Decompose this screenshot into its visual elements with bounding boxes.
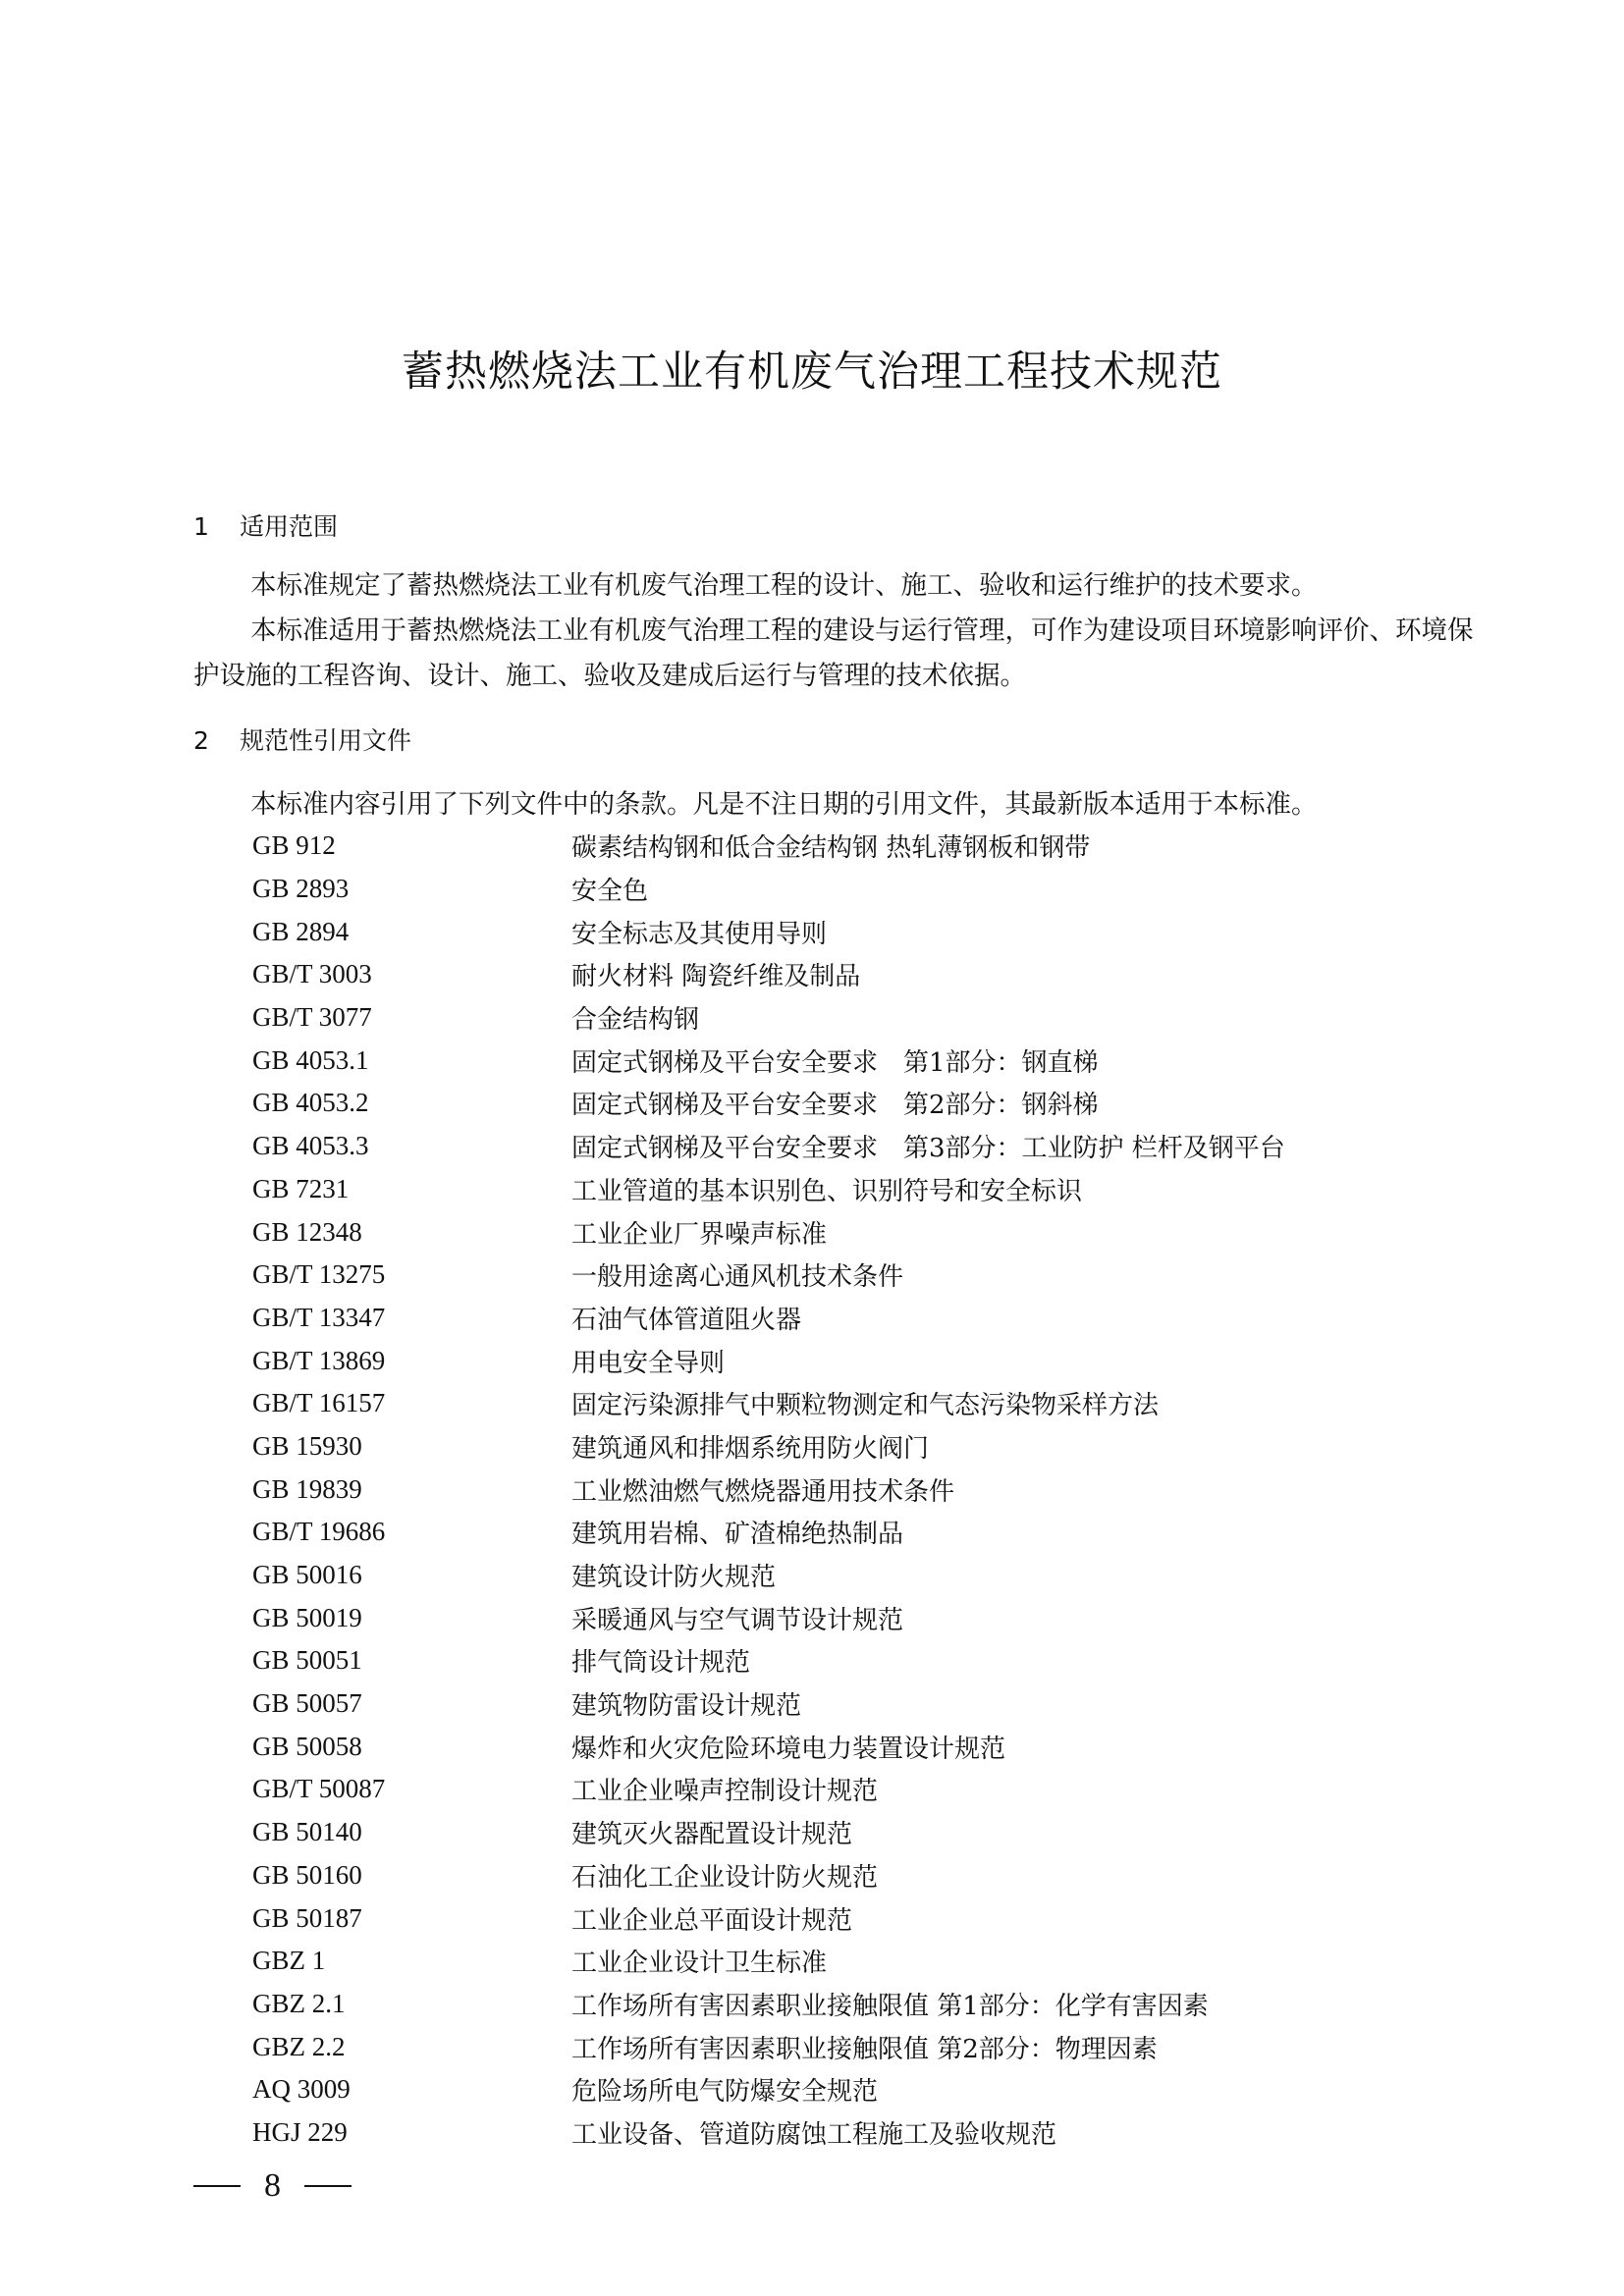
reference-row: GB/T 13347石油气体管道阻火器	[252, 1297, 1480, 1340]
reference-title: 耐火材料 陶瓷纤维及制品	[571, 956, 860, 992]
reference-row: GB/T 13869用电安全导则	[252, 1339, 1480, 1382]
reference-title: 采暖通风与空气调节设计规范	[571, 1600, 903, 1636]
reference-code: GB 2894	[252, 917, 571, 947]
page-footer: 8	[193, 2167, 352, 2205]
reference-row: GB 50058爆炸和火灾危险环境电力装置设计规范	[252, 1725, 1480, 1768]
reference-row: GBZ 2.2工作场所有害因素职业接触限值 第2部分：物理因素	[252, 2025, 1480, 2068]
section-title: 规范性引用文件	[240, 726, 411, 755]
reference-code: GBZ 2.2	[252, 2032, 571, 2062]
reference-code: GB 50016	[252, 1560, 571, 1590]
reference-row: GB 19839工业燃油燃气燃烧器通用技术条件	[252, 1468, 1480, 1511]
reference-title: 爆炸和火灾危险环境电力装置设计规范	[571, 1729, 1005, 1765]
reference-title: 排气筒设计规范	[571, 1642, 750, 1679]
reference-code: GB 15930	[252, 1431, 571, 1462]
reference-code: GB 50058	[252, 1732, 571, 1762]
reference-code: GB 4053.1	[252, 1045, 571, 1076]
reference-title: 工业企业噪声控制设计规范	[571, 1771, 878, 1807]
reference-code: GB/T 19686	[252, 1517, 571, 1547]
reference-row: GB 50140建筑灭火器配置设计规范	[252, 1811, 1480, 1854]
reference-code: GB 2893	[252, 874, 571, 904]
reference-title: 建筑用岩棉、矿渣棉绝热制品	[571, 1514, 903, 1550]
reference-code: GB/T 50087	[252, 1774, 571, 1804]
reference-code: GB 50019	[252, 1603, 571, 1633]
reference-row: GB 15930建筑通风和排烟系统用防火阀门	[252, 1425, 1480, 1468]
reference-code: GB 7231	[252, 1174, 571, 1204]
reference-code: GB 50160	[252, 1860, 571, 1891]
reference-code: GB 50051	[252, 1645, 571, 1676]
section-number: 1	[193, 512, 240, 541]
reference-code: GB/T 13869	[252, 1346, 571, 1376]
reference-code: GB 19839	[252, 1474, 571, 1505]
reference-title: 工业企业厂界噪声标准	[571, 1214, 827, 1251]
reference-row: GB 50019采暖通风与空气调节设计规范	[252, 1596, 1480, 1639]
reference-row: GB 2894安全标志及其使用导则	[252, 910, 1480, 953]
document-title: 蓄热燃烧法工业有机废气治理工程技术规范	[0, 339, 1624, 399]
reference-row: GBZ 1工业企业设计卫生标准	[252, 1940, 1480, 1983]
reference-row: GB 12348工业企业厂界噪声标准	[252, 1210, 1480, 1254]
reference-title: 工业管道的基本识别色、识别符号和安全标识	[571, 1171, 1082, 1207]
reference-row: GB 2893安全色	[252, 868, 1480, 911]
reference-row: GBZ 2.1工作场所有害因素职业接触限值 第1部分：化学有害因素	[252, 1983, 1480, 2026]
reference-code: GB 12348	[252, 1217, 571, 1248]
reference-code: GB/T 16157	[252, 1388, 571, 1418]
reference-row: GB 7231工业管道的基本识别色、识别符号和安全标识	[252, 1168, 1480, 1211]
reference-code: GB 50140	[252, 1817, 571, 1847]
reference-title: 工作场所有害因素职业接触限值 第2部分：物理因素	[571, 2029, 1158, 2065]
reference-row: GB 912碳素结构钢和低合金结构钢 热轧薄钢板和钢带	[252, 825, 1480, 868]
reference-row: GB 4053.3固定式钢梯及平台安全要求 第3部分：工业防护 栏杆及钢平台	[252, 1125, 1480, 1168]
paragraph: 本标准规定了蓄热燃烧法工业有机废气治理工程的设计、施工、验收和运行维护的技术要求…	[193, 563, 1480, 609]
reference-code: GB 4053.3	[252, 1131, 571, 1161]
reference-code: GB/T 13275	[252, 1259, 571, 1290]
reference-code: GB 4053.2	[252, 1088, 571, 1118]
reference-code: AQ 3009	[252, 2074, 571, 2105]
reference-code: GB 50187	[252, 1903, 571, 1934]
reference-row: GB/T 3077合金结构钢	[252, 996, 1480, 1040]
reference-code: GB/T 3077	[252, 1002, 571, 1033]
page-number: 8	[264, 2167, 281, 2205]
reference-row: GB 50051排气筒设计规范	[252, 1639, 1480, 1682]
reference-title: 工业企业设计卫生标准	[571, 1943, 827, 1979]
reference-row: AQ 3009危险场所电气防爆安全规范	[252, 2068, 1480, 2111]
reference-title: 固定式钢梯及平台安全要求 第3部分：工业防护 栏杆及钢平台	[571, 1128, 1285, 1164]
reference-code: GB/T 13347	[252, 1303, 571, 1333]
scope-paragraphs: 本标准规定了蓄热燃烧法工业有机废气治理工程的设计、施工、验收和运行维护的技术要求…	[193, 563, 1480, 699]
reference-row: HGJ 229工业设备、管道防腐蚀工程施工及验收规范	[252, 2111, 1480, 2155]
reference-row: GB/T 13275一般用途离心通风机技术条件	[252, 1254, 1480, 1297]
reference-title: 石油气体管道阻火器	[571, 1300, 801, 1336]
reference-code: GBZ 1	[252, 1946, 571, 1976]
reference-row: GB/T 3003耐火材料 陶瓷纤维及制品	[252, 953, 1480, 996]
footer-dash-left	[193, 2185, 241, 2187]
reference-title: 建筑灭火器配置设计规范	[571, 1814, 852, 1850]
reference-title: 安全色	[571, 871, 648, 907]
reference-title: 建筑设计防火规范	[571, 1557, 776, 1593]
reference-title: 危险场所电气防爆安全规范	[571, 2071, 878, 2108]
reference-row: GB/T 19686建筑用岩棉、矿渣棉绝热制品	[252, 1511, 1480, 1554]
references-intro: 本标准内容引用了下列文件中的条款。凡是不注日期的引用文件，其最新版本适用于本标准…	[250, 782, 1318, 821]
reference-row: GB 50016建筑设计防火规范	[252, 1554, 1480, 1597]
reference-title: 工业企业总平面设计规范	[571, 1900, 852, 1937]
reference-title: 固定式钢梯及平台安全要求 第2部分：钢斜梯	[571, 1085, 1099, 1121]
reference-row: GB/T 16157固定污染源排气中颗粒物测定和气态污染物采样方法	[252, 1382, 1480, 1425]
reference-title: 建筑通风和排烟系统用防火阀门	[571, 1428, 929, 1465]
reference-row: GB/T 50087工业企业噪声控制设计规范	[252, 1768, 1480, 1811]
section-heading-scope: 1适用范围	[193, 507, 338, 543]
reference-list: GB 912碳素结构钢和低合金结构钢 热轧薄钢板和钢带GB 2893安全色GB …	[252, 825, 1480, 2154]
reference-title: 安全标志及其使用导则	[571, 914, 827, 950]
reference-row: GB 4053.2固定式钢梯及平台安全要求 第2部分：钢斜梯	[252, 1082, 1480, 1125]
reference-title: 建筑物防雷设计规范	[571, 1685, 801, 1722]
paragraph: 本标准适用于蓄热燃烧法工业有机废气治理工程的建设与运行管理，可作为建设项目环境影…	[193, 609, 1480, 699]
reference-row: GB 50187工业企业总平面设计规范	[252, 1896, 1480, 1940]
reference-title: 工作场所有害因素职业接触限值 第1部分：化学有害因素	[571, 1986, 1209, 2022]
reference-row: GB 4053.1固定式钢梯及平台安全要求 第1部分：钢直梯	[252, 1039, 1480, 1082]
reference-title: 工业燃油燃气燃烧器通用技术条件	[571, 1471, 954, 1508]
reference-title: 固定污染源排气中颗粒物测定和气态污染物采样方法	[571, 1385, 1159, 1421]
reference-title: 碳素结构钢和低合金结构钢 热轧薄钢板和钢带	[571, 828, 1090, 864]
reference-title: 石油化工企业设计防火规范	[571, 1857, 878, 1894]
section-heading-references: 2规范性引用文件	[193, 721, 411, 757]
reference-code: GB 50057	[252, 1688, 571, 1719]
reference-row: GB 50057建筑物防雷设计规范	[252, 1682, 1480, 1726]
reference-row: GB 50160石油化工企业设计防火规范	[252, 1854, 1480, 1897]
section-number: 2	[193, 726, 240, 755]
reference-code: GB/T 3003	[252, 959, 571, 989]
footer-dash-right	[304, 2185, 352, 2187]
reference-title: 用电安全导则	[571, 1343, 725, 1379]
reference-code: GB 912	[252, 830, 571, 861]
reference-title: 一般用途离心通风机技术条件	[571, 1256, 903, 1293]
reference-code: GBZ 2.1	[252, 1989, 571, 2019]
reference-title: 固定式钢梯及平台安全要求 第1部分：钢直梯	[571, 1042, 1099, 1079]
reference-code: HGJ 229	[252, 2117, 571, 2148]
section-title: 适用范围	[240, 512, 338, 541]
reference-title: 合金结构钢	[571, 999, 699, 1036]
reference-title: 工业设备、管道防腐蚀工程施工及验收规范	[571, 2114, 1056, 2151]
